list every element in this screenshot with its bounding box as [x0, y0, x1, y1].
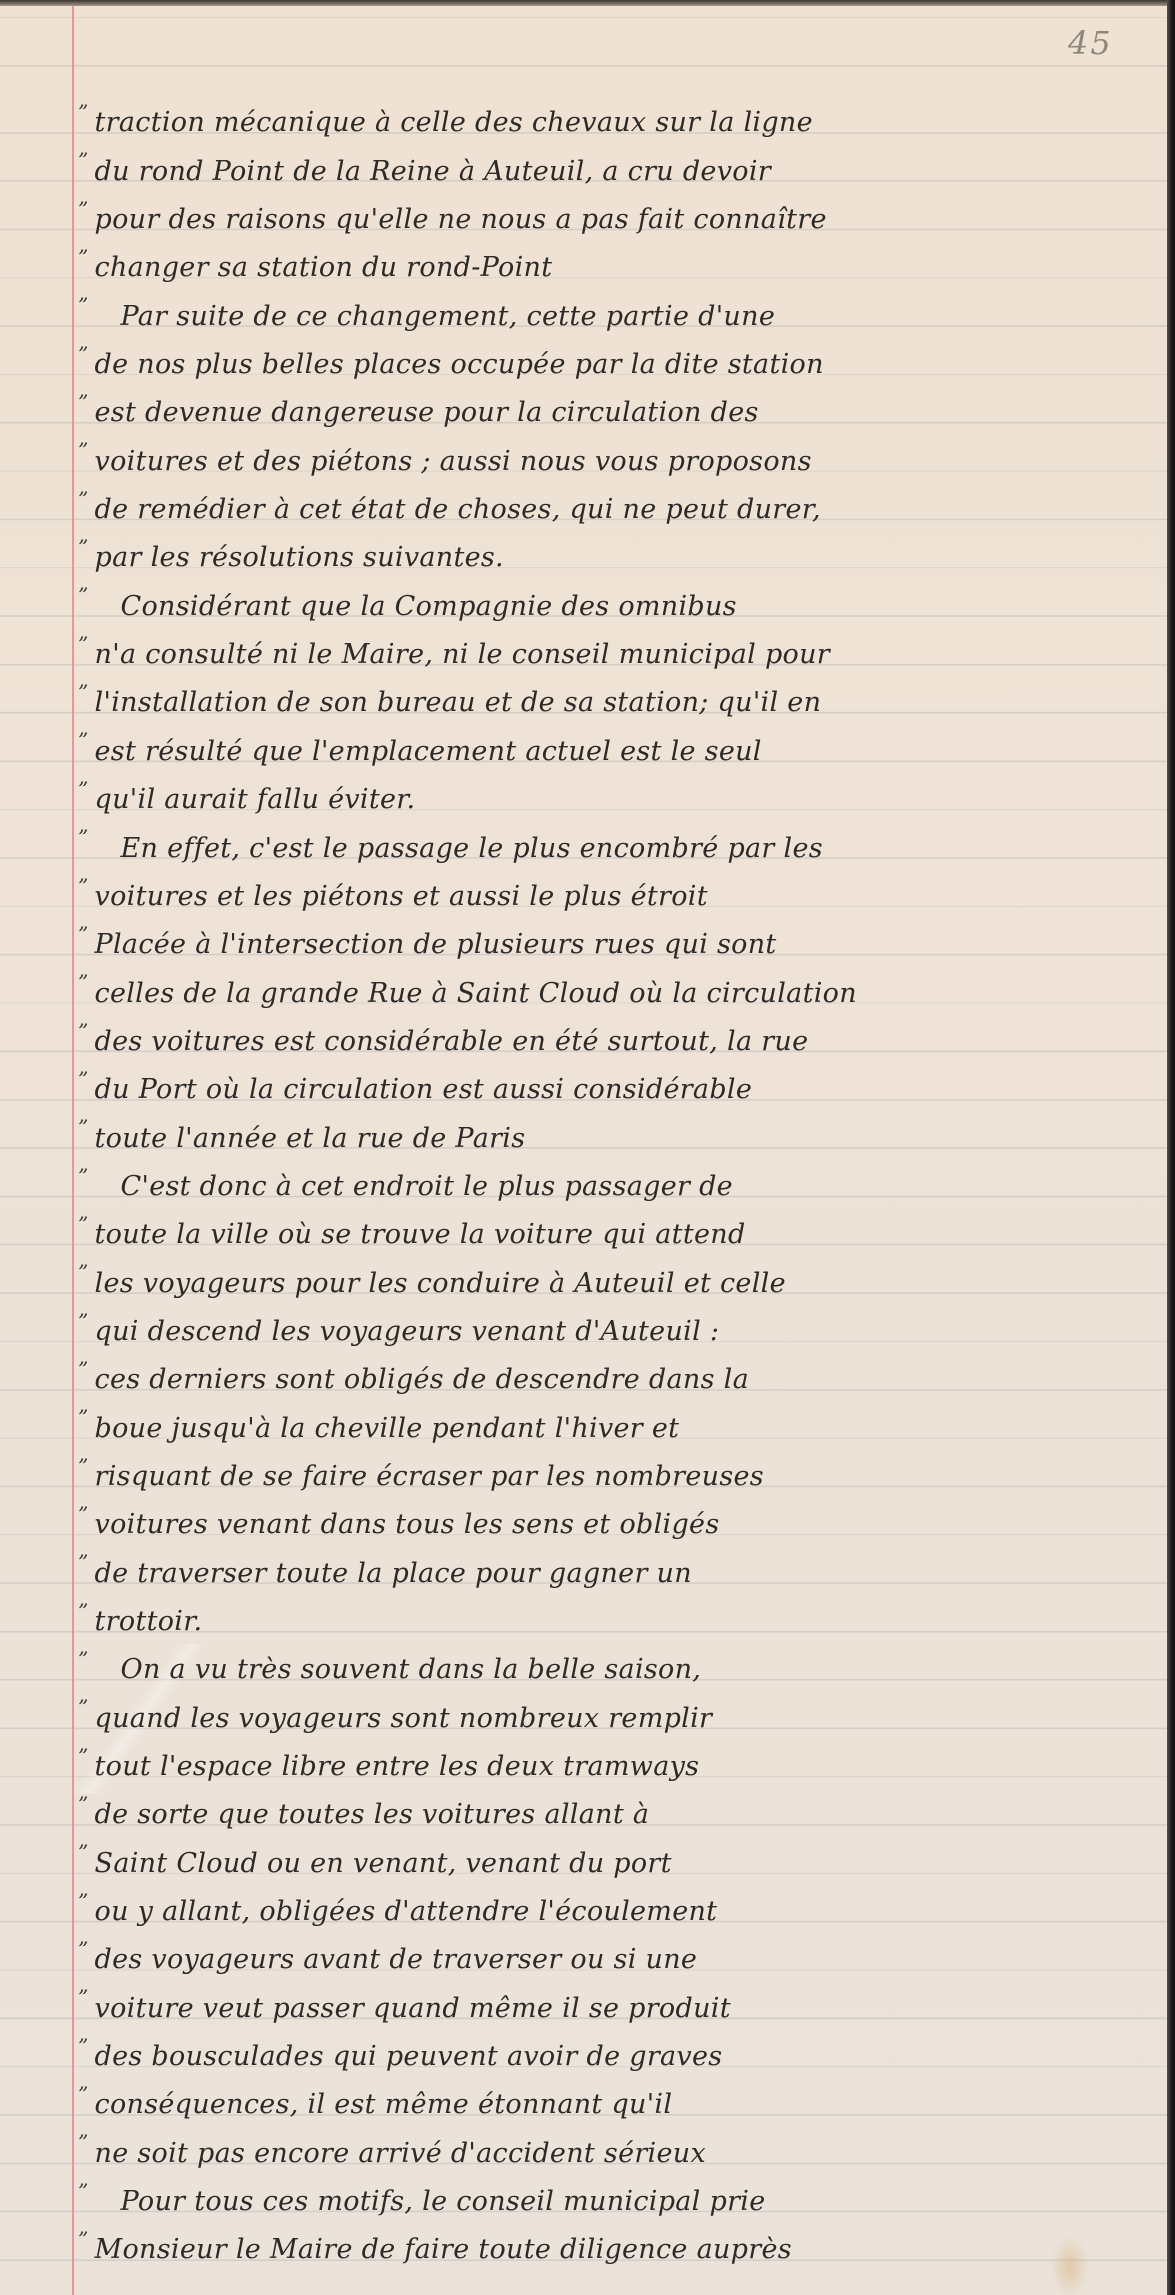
quotation-mark: ” — [78, 871, 89, 901]
line-text: celles de la grande Rue à Saint Cloud où… — [95, 972, 857, 1016]
quotation-mark: ” — [78, 580, 89, 610]
text-line: ”de sorte que toutes les voitures allant… — [78, 1789, 1163, 1837]
line-text: de nos plus belles places occupée par la… — [95, 343, 824, 387]
text-line: ”qu'il aurait fallu éviter. — [78, 774, 1163, 822]
quotation-mark: ” — [78, 1596, 89, 1626]
quotation-mark: ” — [78, 1934, 89, 1964]
line-text: traction mécanique à celle des chevaux s… — [95, 101, 813, 145]
quotation-mark: ” — [78, 387, 89, 417]
quotation-mark: ” — [78, 290, 89, 320]
text-line: ”conséquences, il est même étonnant qu'i… — [78, 2079, 1163, 2127]
line-text: voitures venant dans tous les sens et ob… — [95, 1503, 720, 1547]
text-line: ”du Port où la circulation est aussi con… — [78, 1064, 1163, 1112]
line-text: tout l'espace libre entre les deux tramw… — [95, 1745, 700, 1789]
text-line: ”des voitures est considérable en été su… — [78, 1016, 1163, 1064]
line-text: voiture veut passer quand même il se pro… — [95, 1987, 731, 2031]
text-line: ”traction mécanique à celle des chevaux … — [78, 97, 1163, 145]
page-number: 45 — [1068, 24, 1113, 62]
line-text: Pour tous ces motifs, le conseil municip… — [95, 2180, 766, 2224]
quotation-mark: ” — [78, 1499, 89, 1529]
quotation-mark: ” — [78, 194, 89, 224]
text-line: ”voitures et des piétons ; aussi nous vo… — [78, 435, 1163, 483]
text-line: ”Pour tous ces motifs, le conseil munici… — [78, 2176, 1163, 2224]
text-line: ”risquant de se faire écraser par les no… — [78, 1451, 1163, 1499]
text-line: ”trottoir. — [78, 1596, 1163, 1644]
text-line: ”Placée à l'intersection de plusieurs ru… — [78, 919, 1163, 967]
line-text: de traverser toute la place pour gagner … — [95, 1552, 692, 1596]
text-line: ”l'installation de son bureau et de sa s… — [78, 677, 1163, 725]
text-line: ”ou y allant, obligées d'attendre l'écou… — [78, 1886, 1163, 1934]
quotation-mark: ” — [78, 242, 89, 272]
text-line: ”ces derniers sont obligés de descendre … — [78, 1354, 1163, 1402]
quotation-mark: ” — [78, 2176, 89, 2206]
line-text: quand les voyageurs sont nombreux rempli… — [95, 1697, 713, 1741]
text-line: ”les voyageurs pour les conduire à Auteu… — [78, 1257, 1163, 1305]
handwritten-text-body: ”traction mécanique à celle des chevaux … — [78, 97, 1163, 2272]
text-line: ”Par suite de ce changement, cette parti… — [78, 290, 1163, 338]
line-text: de sorte que toutes les voitures allant … — [95, 1793, 650, 1837]
text-line: ”de nos plus belles places occupée par l… — [78, 339, 1163, 387]
text-line: ”On a vu très souvent dans la belle sais… — [78, 1644, 1163, 1692]
line-text: toute la ville où se trouve la voiture q… — [95, 1213, 746, 1257]
text-line: ”par les résolutions suivantes. — [78, 532, 1163, 580]
line-text: Considérant que la Compagnie des omnibus — [95, 585, 737, 629]
text-line: ”quand les voyageurs sont nombreux rempl… — [78, 1692, 1163, 1740]
quotation-mark: ” — [78, 1644, 89, 1674]
line-text: est résulté que l'emplacement actuel est… — [95, 730, 762, 774]
line-text: trottoir. — [95, 1600, 203, 1644]
line-text: pour des raisons qu'elle ne nous a pas f… — [95, 198, 827, 242]
quotation-mark: ” — [78, 1354, 89, 1384]
quotation-mark: ” — [78, 1257, 89, 1287]
line-text: qu'il aurait fallu éviter. — [95, 778, 416, 822]
quotation-mark: ” — [78, 1547, 89, 1577]
quotation-mark: ” — [78, 967, 89, 997]
quotation-mark: ” — [78, 1837, 89, 1867]
line-text: ne soit pas encore arrivé d'accident sér… — [95, 2132, 706, 2176]
line-text: conséquences, il est même étonnant qu'il — [95, 2083, 673, 2127]
line-text: voitures et des piétons ; aussi nous vou… — [95, 440, 812, 484]
quotation-mark: ” — [78, 1016, 89, 1046]
line-text: l'installation de son bureau et de sa st… — [95, 681, 822, 725]
line-text: n'a consulté ni le Maire, ni le conseil … — [95, 633, 830, 677]
quotation-mark: ” — [78, 1306, 89, 1336]
quotation-mark: ” — [78, 1982, 89, 2012]
text-line: ”des bousculades qui peuvent avoir de gr… — [78, 2031, 1163, 2079]
quotation-mark: ” — [78, 725, 89, 755]
quotation-mark: ” — [78, 1692, 89, 1722]
line-text: des voitures est considérable en été sur… — [95, 1020, 809, 1064]
red-margin-line — [72, 4, 74, 2295]
text-line: ”toute la ville où se trouve la voiture … — [78, 1209, 1163, 1257]
line-text: du rond Point de la Reine à Auteuil, a c… — [95, 150, 771, 194]
book-binding-edge — [1167, 0, 1175, 2295]
line-text: toute l'année et la rue de Paris — [95, 1117, 526, 1161]
quotation-mark: ” — [78, 677, 89, 707]
text-line: ”toute l'année et la rue de Paris — [78, 1112, 1163, 1160]
line-text: par les résolutions suivantes. — [95, 536, 504, 580]
text-line: ”C'est donc à cet endroit le plus passag… — [78, 1161, 1163, 1209]
line-text: Par suite de ce changement, cette partie… — [95, 295, 776, 339]
quotation-mark: ” — [78, 1112, 89, 1142]
text-line: ”ne soit pas encore arrivé d'accident sé… — [78, 2127, 1163, 2175]
line-text: Saint Cloud ou en venant, venant du port — [95, 1842, 672, 1886]
line-text: de remédier à cet état de choses, qui ne… — [95, 488, 821, 532]
ledger-page: 45 ”traction mécanique à celle des cheva… — [0, 4, 1168, 2295]
quotation-mark: ” — [78, 1451, 89, 1481]
line-text: est devenue dangereuse pour la circulati… — [95, 391, 759, 435]
text-line: ”celles de la grande Rue à Saint Cloud o… — [78, 967, 1163, 1015]
line-text: En effet, c'est le passage le plus encom… — [95, 827, 823, 871]
quotation-mark: ” — [78, 774, 89, 804]
line-text: des bousculades qui peuvent avoir de gra… — [95, 2035, 723, 2079]
text-line: ”boue jusqu'à la cheville pendant l'hive… — [78, 1402, 1163, 1450]
text-line: ”des voyageurs avant de traverser ou si … — [78, 1934, 1163, 1982]
quotation-mark: ” — [78, 1741, 89, 1771]
quotation-mark: ” — [78, 1064, 89, 1094]
text-line: ”Saint Cloud ou en venant, venant du por… — [78, 1837, 1163, 1885]
text-line: ”voitures et les piétons et aussi le plu… — [78, 871, 1163, 919]
text-line: ”pour des raisons qu'elle ne nous a pas … — [78, 194, 1163, 242]
quotation-mark: ” — [78, 2224, 89, 2254]
text-line: ”est résulté que l'emplacement actuel es… — [78, 725, 1163, 773]
quotation-mark: ” — [78, 532, 89, 562]
text-line: ”changer sa station du rond-Point — [78, 242, 1163, 290]
text-line: ”En effet, c'est le passage le plus enco… — [78, 822, 1163, 870]
line-text: risquant de se faire écraser par les nom… — [95, 1455, 764, 1499]
line-text: Monsieur le Maire de faire toute diligen… — [95, 2228, 792, 2272]
line-text: C'est donc à cet endroit le plus passage… — [95, 1165, 733, 1209]
text-line: ”de remédier à cet état de choses, qui n… — [78, 484, 1163, 532]
text-line: ”qui descend les voyageurs venant d'Aute… — [78, 1306, 1163, 1354]
text-line: ”voiture veut passer quand même il se pr… — [78, 1982, 1163, 2030]
line-text: voitures et les piétons et aussi le plus… — [95, 875, 708, 919]
text-line: ”est devenue dangereuse pour la circulat… — [78, 387, 1163, 435]
quotation-mark: ” — [78, 2031, 89, 2061]
quotation-mark: ” — [78, 339, 89, 369]
line-text: du Port où la circulation est aussi cons… — [95, 1068, 753, 1112]
quotation-mark: ” — [78, 1886, 89, 1916]
quotation-mark: ” — [78, 629, 89, 659]
quotation-mark: ” — [78, 97, 89, 127]
text-line: ”Considérant que la Compagnie des omnibu… — [78, 580, 1163, 628]
line-text: boue jusqu'à la cheville pendant l'hiver… — [95, 1407, 680, 1451]
text-line: ”Monsieur le Maire de faire toute dilige… — [78, 2224, 1163, 2272]
line-text: ces derniers sont obligés de descendre d… — [95, 1358, 749, 1402]
quotation-mark: ” — [78, 822, 89, 852]
quotation-mark: ” — [78, 1402, 89, 1432]
line-text: ou y allant, obligées d'attendre l'écoul… — [95, 1890, 718, 1934]
quotation-mark: ” — [78, 2127, 89, 2157]
quotation-mark: ” — [78, 1789, 89, 1819]
line-text: changer sa station du rond-Point — [95, 246, 553, 290]
text-line: ”voitures venant dans tous les sens et o… — [78, 1499, 1163, 1547]
line-text: des voyageurs avant de traverser ou si u… — [95, 1938, 698, 1982]
quotation-mark: ” — [78, 919, 89, 949]
text-line: ”du rond Point de la Reine à Auteuil, a … — [78, 145, 1163, 193]
text-line: ”n'a consulté ni le Maire, ni le conseil… — [78, 629, 1163, 677]
quotation-mark: ” — [78, 1161, 89, 1191]
text-line: ”de traverser toute la place pour gagner… — [78, 1547, 1163, 1595]
page-top-shadow — [0, 0, 1175, 6]
line-text: les voyageurs pour les conduire à Auteui… — [95, 1262, 786, 1306]
quotation-mark: ” — [78, 1209, 89, 1239]
quotation-mark: ” — [78, 484, 89, 514]
quotation-mark: ” — [78, 435, 89, 465]
line-text: Placée à l'intersection de plusieurs rue… — [95, 923, 777, 967]
text-line: ”tout l'espace libre entre les deux tram… — [78, 1741, 1163, 1789]
quotation-mark: ” — [78, 2079, 89, 2109]
quotation-mark: ” — [78, 145, 89, 175]
line-text: qui descend les voyageurs venant d'Auteu… — [95, 1310, 720, 1354]
line-text: On a vu très souvent dans la belle saiso… — [95, 1648, 702, 1692]
